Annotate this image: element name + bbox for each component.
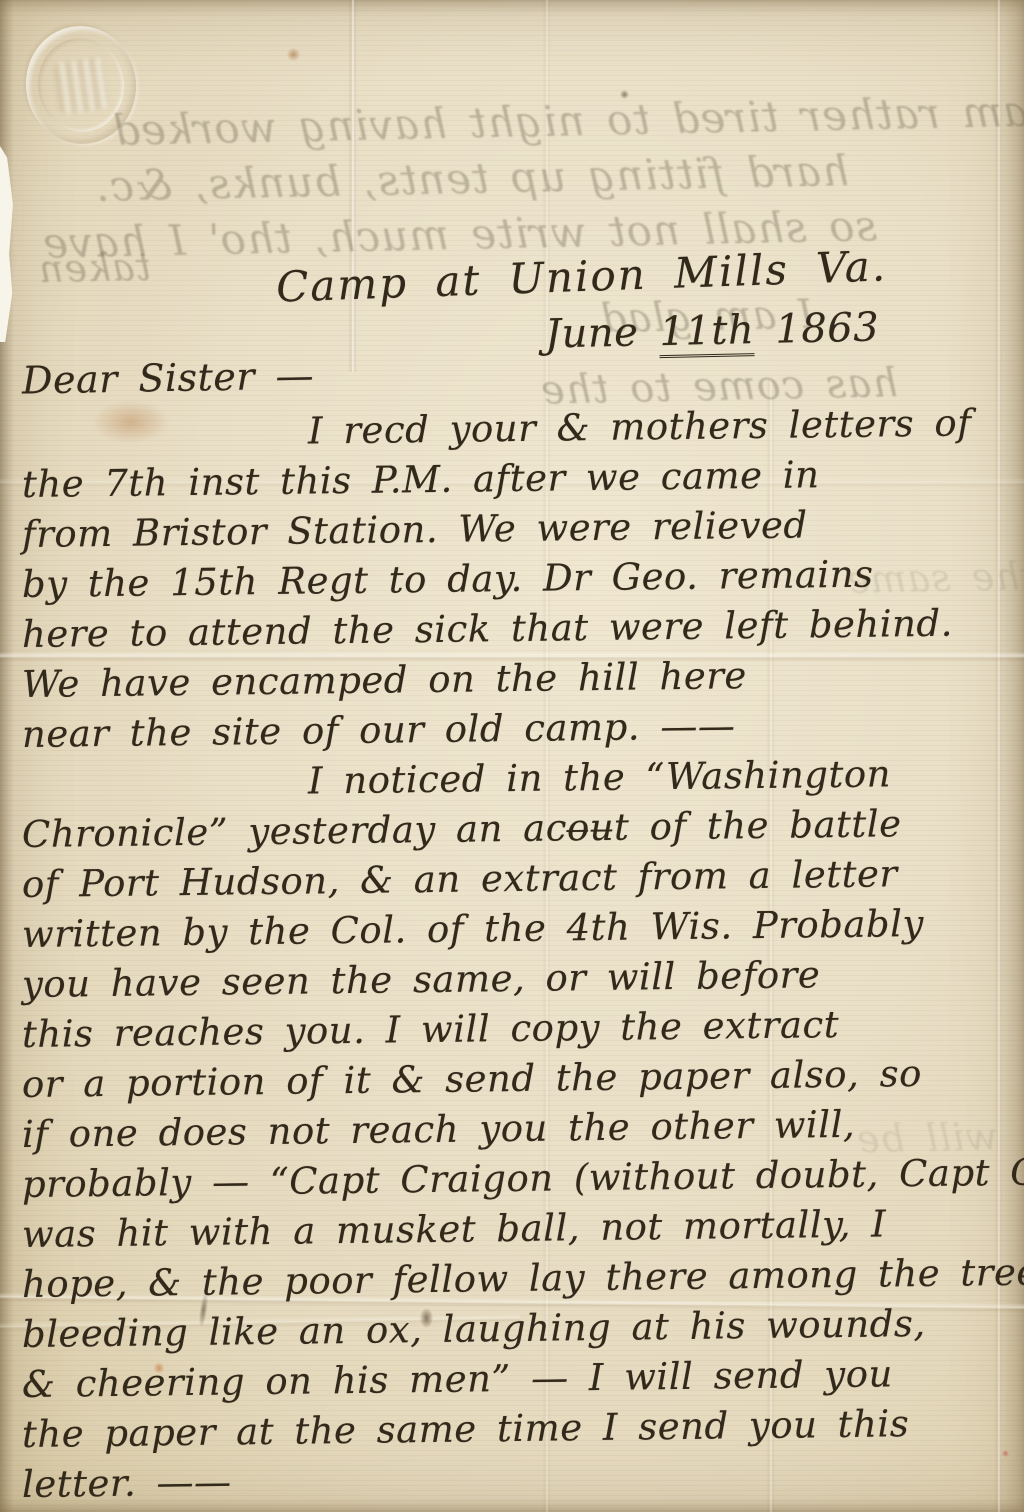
- date-month: June: [545, 310, 639, 358]
- stain: [286, 48, 301, 61]
- letter-page: I am rather tired to night having worked…: [0, 0, 1024, 1512]
- bleedthrough-text: I am rather tired to night having worked: [112, 86, 1024, 155]
- paper-edge-top: [0, 0, 1024, 16]
- letter-salutation: Dear Sister —: [22, 353, 315, 402]
- bleedthrough-text: hard fitting up tents, bunks, &c.: [95, 146, 850, 211]
- date-year: 1863: [775, 305, 880, 353]
- letter-body: I recd your & mothers letters of the 7th…: [22, 410, 1022, 1510]
- letter-heading-date: June 11th 1863: [545, 305, 880, 358]
- date-day: 11th: [659, 307, 755, 358]
- bleedthrough-text: taken: [38, 245, 152, 291]
